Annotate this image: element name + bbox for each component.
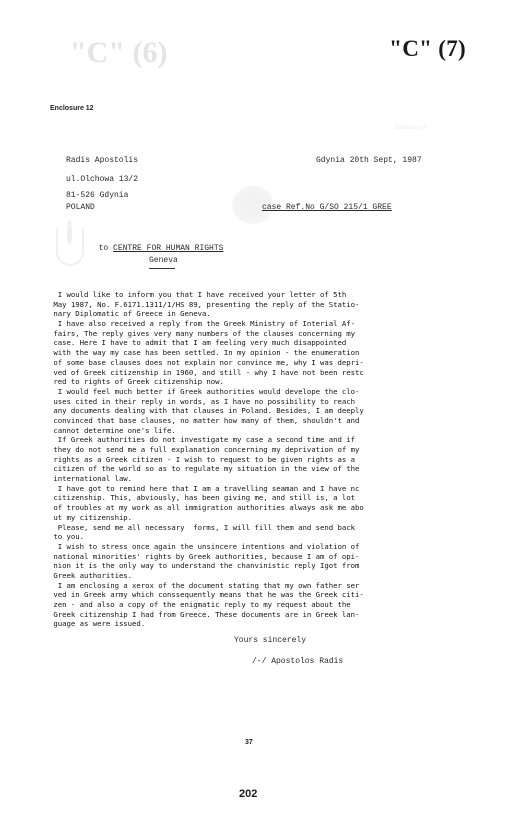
letter-body-line: cannot determine one's life.	[49, 426, 469, 436]
letter-body-line: nion it is the only way to understand th…	[49, 561, 469, 571]
letter-body-line: national minorities' rights by Greek aut…	[49, 552, 469, 562]
document-heading: "C" (7)	[389, 36, 466, 62]
letter-body-line: of some base clauses does not explain no…	[49, 358, 469, 368]
letter-body-line: ved of Greek citizenship in 1960, and st…	[49, 368, 469, 378]
letter-body-line: I wish to stress once again the unsincer…	[49, 542, 469, 552]
letter-body-line: red to rights of Greek citizenship now.	[49, 377, 469, 387]
letter-body-line: citizenship. This, abviously, has been g…	[49, 493, 469, 503]
recipient-city: Geneva	[149, 256, 178, 265]
sender-city: 81-526 Gdynia	[66, 191, 128, 200]
letter-body-line: they do not send me a full explanation c…	[49, 445, 469, 455]
letter-body-line: I have got to remind here that I am a tr…	[49, 484, 469, 494]
letter-body-line: Please, send me all necessary forms, I w…	[49, 523, 469, 533]
enclosure-label: Enclosure 12	[50, 105, 94, 112]
bleed-through-heading: "C" (6)	[70, 36, 167, 70]
recipient-name: CENTRE FOR HUMAN RIGHTS	[113, 244, 223, 253]
letter-body-line: rights as a Greek citizen - I wish to re…	[49, 455, 469, 465]
signature: /-/ Apostolos Radis	[252, 657, 343, 666]
letter-body-line: ut my citizenship.	[49, 513, 469, 523]
human-rights-flame-bleed-through	[56, 228, 84, 266]
letter-body-line: case. Here I have to admit that I am fee…	[49, 338, 469, 348]
sender-country: POLAND	[66, 203, 95, 212]
letter-body-line: Greek citizenship I had from Greece. The…	[49, 610, 469, 620]
letter-body-line: fairs, The reply gives very many numbers…	[49, 329, 469, 339]
sender-name: Radis Apostolis	[66, 156, 138, 165]
letter-body-line: May 1987, No. F.6171.1311/1/HS 89, prese…	[49, 300, 469, 310]
geneva-underline	[149, 268, 175, 269]
letter-body-line: with the way my case has been settled. I…	[49, 348, 469, 358]
outer-page-number: 202	[239, 788, 257, 800]
letter-body-line: to you.	[49, 532, 469, 542]
letter-body-line: If Greek authorities do not investigate …	[49, 435, 469, 445]
letter-body: I would like to inform you that I have r…	[49, 290, 469, 629]
letter-body-line: I have also received a reply from the Gr…	[49, 319, 469, 329]
letter-body-line: citizen of the world so as to regulate m…	[49, 464, 469, 474]
recipient-line: to CENTRE FOR HUMAN RIGHTS	[89, 235, 223, 253]
letter-body-line: of troubles at my work as all immigratio…	[49, 503, 469, 513]
letter-body-line: Greek authorities.	[49, 571, 469, 581]
letter-body-line: zen - and also a copy of the enigmatic r…	[49, 600, 469, 610]
bleed-through-enclosure: Enclosure 9	[395, 125, 427, 131]
letter-body-line: I would like to inform you that I have r…	[49, 290, 469, 300]
letter-body-line: I would feel much better if Greek author…	[49, 387, 469, 397]
recipient-prefix: to	[99, 244, 109, 253]
place-date: Gdynia 20th Sept, 1987	[316, 156, 422, 165]
closing: Yours sincerely	[234, 636, 306, 645]
inner-page-number: 37	[245, 739, 253, 746]
letter-body-line: international law.	[49, 474, 469, 484]
letter-body-line: nary Diplomatic of Greece in Geneva.	[49, 309, 469, 319]
letter-body-line: uses cited in their reply in words, as I…	[49, 397, 469, 407]
letter-body-line: any documents dealing with that clauses …	[49, 406, 469, 416]
letter-body-line: guage as were issued.	[49, 619, 469, 629]
letter-body-line: ved in Greek army which conssequently me…	[49, 590, 469, 600]
letter-body-line: I am enclosing a xerox of the document s…	[49, 581, 469, 591]
sender-street: ul.Olchowa 13/2	[66, 175, 138, 184]
case-reference: case Ref.No G/SO 215/1 GREE	[262, 203, 392, 212]
letter-body-line: convinced that base clauses, no matter h…	[49, 416, 469, 426]
